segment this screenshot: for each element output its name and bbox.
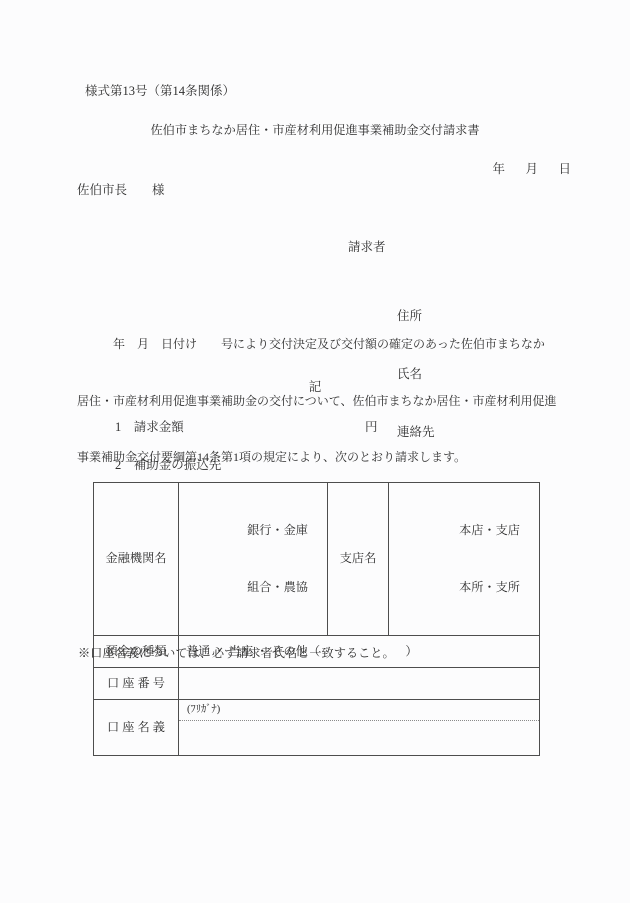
bank-transfer-table: 金融機関名 銀行・金庫 組合・農協 支店名 本店・支店 本所・支所 預金の種類 … [93,482,540,756]
table-row: 金融機関名 銀行・金庫 組合・農協 支店名 本店・支店 本所・支所 [94,483,540,636]
bank-option-line1: 銀行・金庫 [179,521,308,540]
requester-label: 請求者 [348,238,386,256]
account-holder-blank [179,721,539,755]
branch-option-line2: 本所・支所 [389,578,520,597]
transfer-destination-item: 2 補助金の振込先 [115,456,221,474]
form-number: 様式第13号（第14条関係） [85,82,235,100]
account-holder-label: 口 座 名 義 [94,700,179,756]
branch-options: 本店・支店 本所・支所 [389,483,540,636]
financial-institution-options: 銀行・金庫 組合・農協 [179,483,328,636]
paragraph-line-1: 年 月 日付け 号により交付決定及び交付額の確定のあった佐伯市まちなか [77,334,577,354]
table-row: 口 座 名 義 (ﾌﾘｶﾞﾅ) [94,700,540,756]
yen-unit-label: 円 [365,418,378,436]
account-number-blank-cell [179,668,540,700]
ki-heading: 記 [0,378,630,396]
addressee-line: 佐伯市長 様 [77,181,165,199]
document-page: 様式第13号（第14条関係） 佐伯市まちなか居住・市産材利用促進事業補助金交付請… [0,0,630,903]
table-row: 口 座 番 号 [94,668,540,700]
claim-amount-item: 1 請求金額 [115,418,184,436]
date-line: 年 月 日 [492,160,575,178]
branch-option-line1: 本店・支店 [389,521,520,540]
document-title: 佐伯市まちなか居住・市産材利用促進事業補助金交付請求書 [0,122,630,140]
bank-option-line2: 組合・農協 [179,578,308,597]
account-holder-cell: (ﾌﾘｶﾞﾅ) [179,700,540,756]
account-number-label: 口 座 番 号 [94,668,179,700]
footnote: ※口座名義については、必ず請求者氏名と一致すること。 [78,645,395,663]
furigana-label: (ﾌﾘｶﾞﾅ) [179,700,539,721]
branch-label: 支店名 [328,483,389,636]
financial-institution-label: 金融機関名 [94,483,179,636]
